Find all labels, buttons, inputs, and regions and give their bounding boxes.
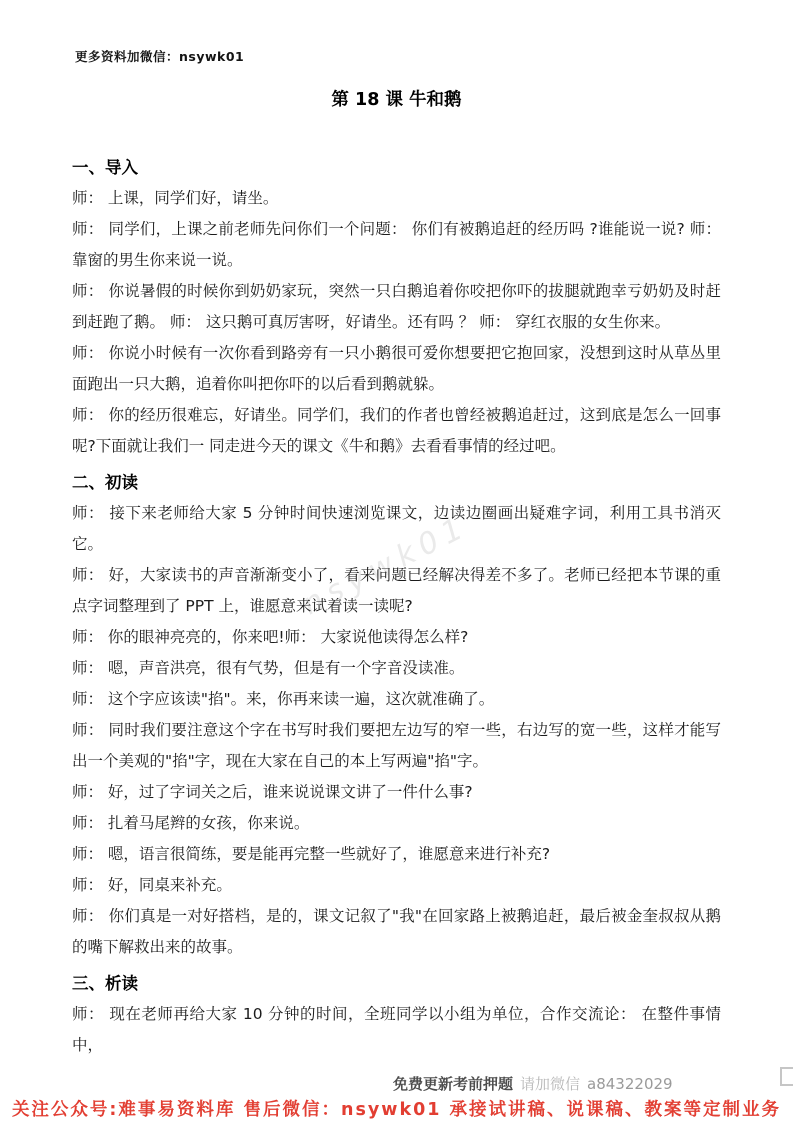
promo-wechat-id: a84322029 — [587, 1075, 673, 1093]
edge-fragment — [780, 1067, 793, 1086]
section-heading: 一、导入 — [72, 152, 721, 183]
teacher-line: 师： 同时我们要注意这个字在书写时我们要把左边写的窄一些，右边写的宽一些，这样才… — [72, 715, 721, 777]
teacher-line: 师： 上课，同学们好，请坐。 — [72, 183, 721, 214]
promo-bold-text: 免费更新考前押题 — [393, 1075, 513, 1093]
teacher-line: 师： 你的眼神亮亮的，你来吧!师： 大家说他读得怎么样? — [72, 622, 721, 653]
teacher-line: 师： 你们真是一对好搭档，是的，课文记叙了"我"在回家路上被鹅追赶，最后被金奎叔… — [72, 901, 721, 963]
teacher-line: 师： 接下来老师给大家 5 分钟时间快速浏览课文，边读边圈画出疑难字词，利用工具… — [72, 498, 721, 560]
footer-promo: 免费更新考前押题请加微信a84322029 — [393, 1073, 673, 1094]
teacher-line: 师： 好，大家读书的声音渐渐变小了，看来问题已经解决得差不多了。老师已经把本节课… — [72, 560, 721, 622]
document-page: 更多资料加微信：nsywk01 第 18 课 牛和鹅 一、导入师： 上课，同学们… — [0, 0, 793, 1122]
teacher-line: 师： 你说小时候有一次你看到路旁有一只小鹅很可爱你想要把它抱回家，没想到这时从草… — [72, 338, 721, 400]
section-heading: 三、析读 — [72, 968, 721, 999]
teacher-line: 师： 嗯，语言很简练，要是能再完整一些就好了，谁愿意来进行补充? — [72, 839, 721, 870]
lesson-content: 一、导入师： 上课，同学们好，请坐。师： 同学们，上课之前老师先问你们一个问题：… — [72, 147, 721, 1061]
teacher-line: 师： 你说暑假的时候你到奶奶家玩，突然一只白鹅追着你咬把你吓的拔腿就跑幸亏奶奶及… — [72, 276, 721, 338]
header-contact-note: 更多资料加微信：nsywk01 — [75, 47, 244, 65]
promo-light-text: 请加微信 — [520, 1075, 580, 1093]
teacher-line: 师： 好，同桌来补充。 — [72, 870, 721, 901]
footer-red-banner: 关注公众号:难事易资料库 售后微信：nsywk01 承接试讲稿、说课稿、教案等定… — [6, 1096, 787, 1121]
teacher-line: 师： 现在老师再给大家 10 分钟的时间，全班同学以小组为单位，合作交流论： 在… — [72, 999, 721, 1061]
teacher-line: 师： 同学们，上课之前老师先问你们一个问题： 你们有被鹅追赶的经历吗 ?谁能说一… — [72, 214, 721, 276]
teacher-line: 师： 好，过了字词关之后，谁来说说课文讲了一件什么事? — [72, 777, 721, 808]
teacher-line: 师： 你的经历很难忘，好请坐。同学们，我们的作者也曾经被鹅追赶过，这到底是怎么一… — [72, 400, 721, 462]
teacher-line: 师： 这个字应该读"掐"。来，你再来读一遍，这次就准确了。 — [72, 684, 721, 715]
teacher-line: 师： 扎着马尾辫的女孩，你来说。 — [72, 808, 721, 839]
teacher-line: 师： 嗯，声音洪亮，很有气势，但是有一个字音没读准。 — [72, 653, 721, 684]
section-heading: 二、初读 — [72, 467, 721, 498]
page-title: 第 18 课 牛和鹅 — [0, 86, 793, 111]
